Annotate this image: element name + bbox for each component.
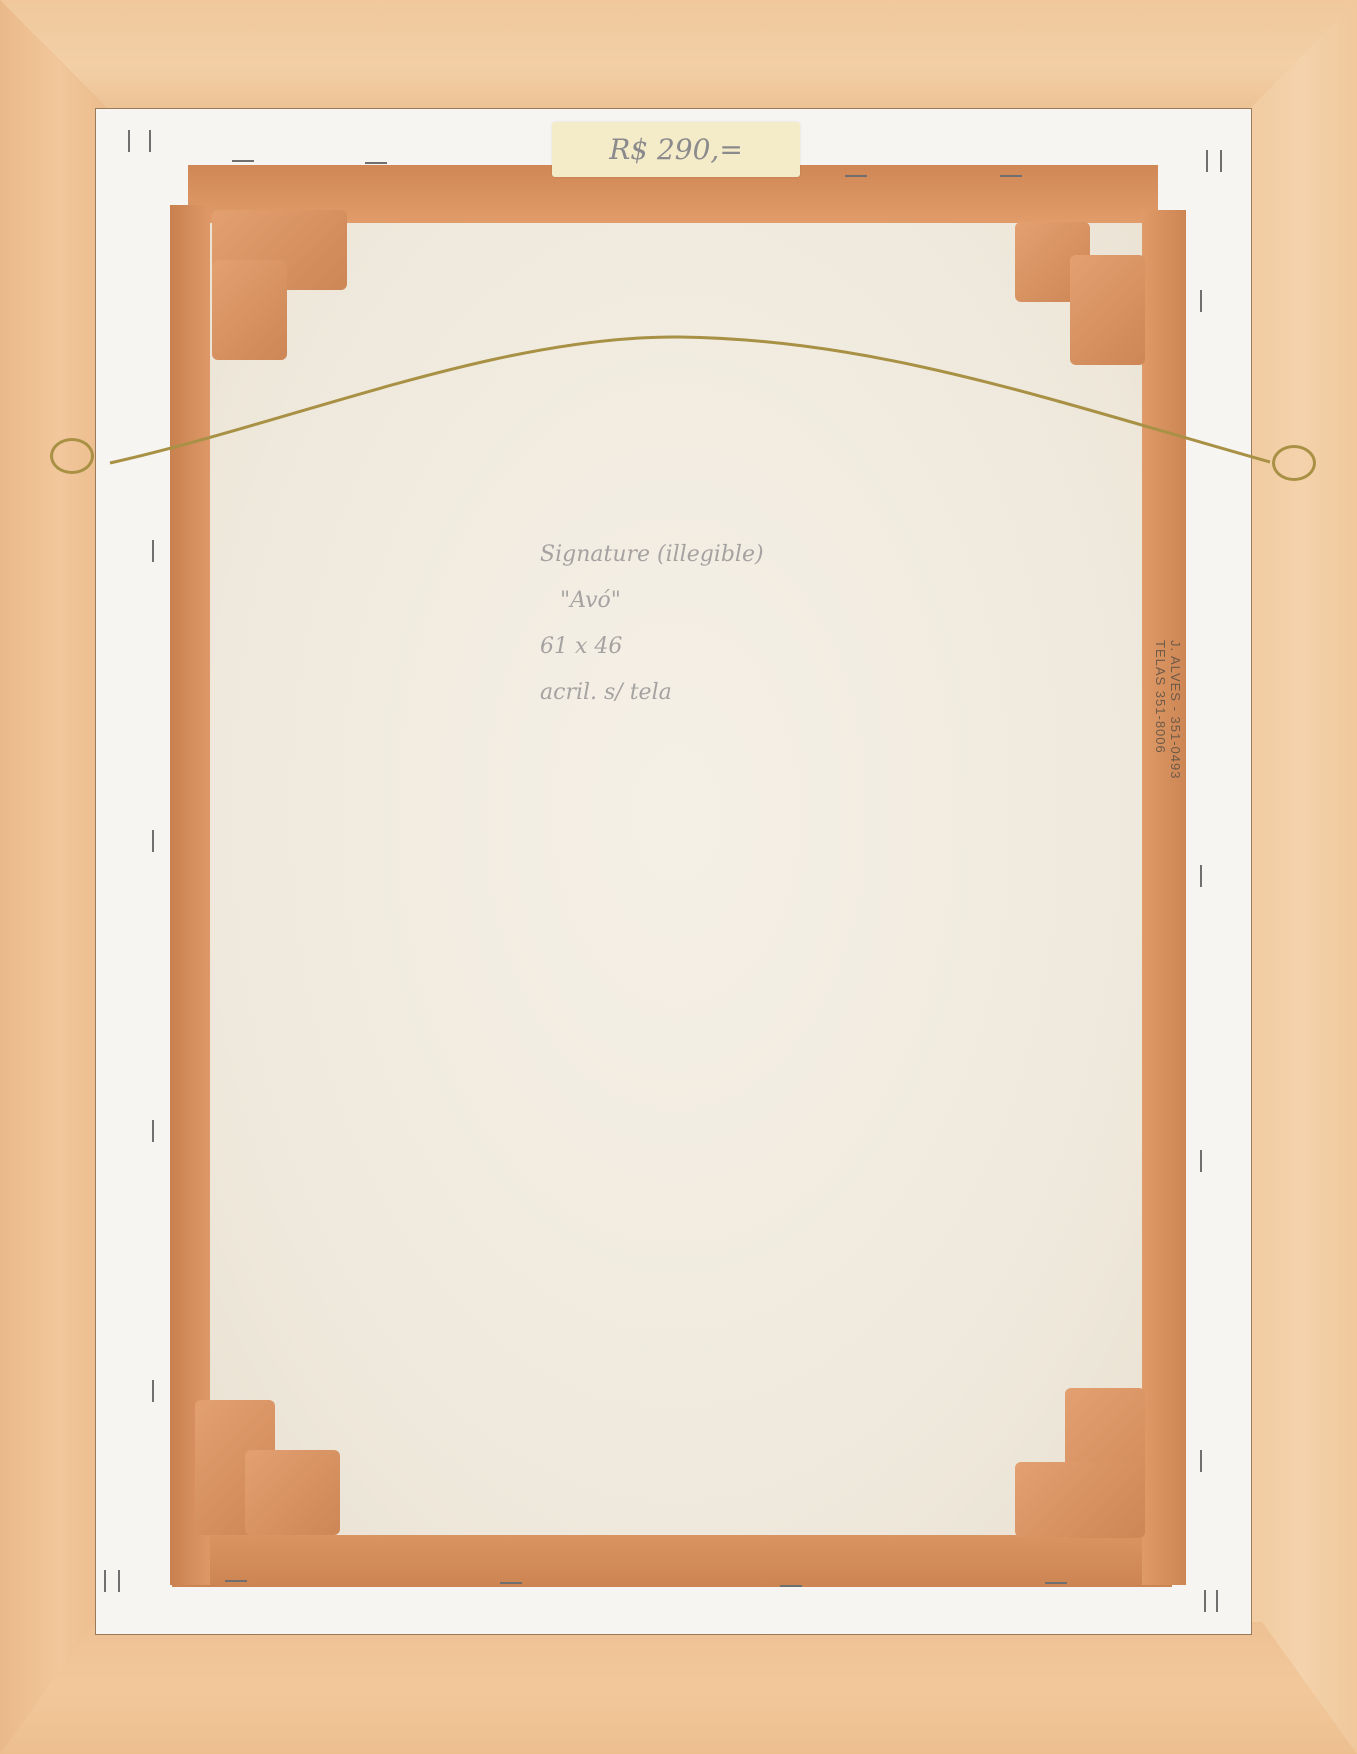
hanging-wire	[0, 0, 1357, 1754]
d-ring-hanger-right	[1272, 445, 1316, 481]
d-ring-hanger-left	[50, 438, 94, 474]
